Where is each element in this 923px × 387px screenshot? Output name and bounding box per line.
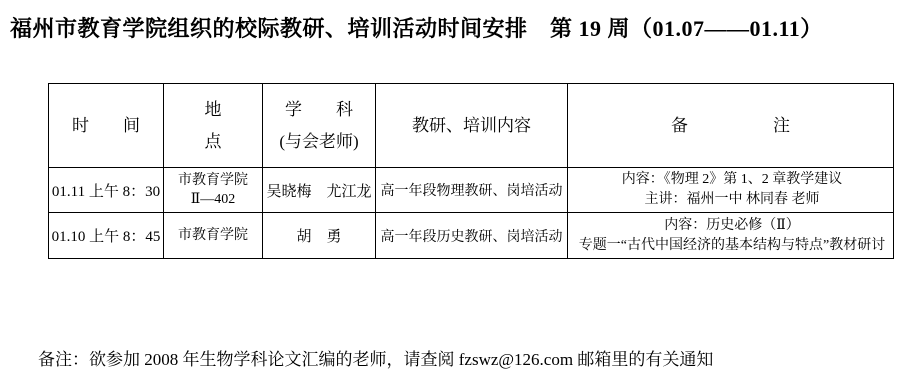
header-subject-label-line2: (与会老师) [263, 126, 375, 158]
header-subject-label-line1: 学 科 [263, 94, 375, 126]
row1-location-line2: Ⅱ—402 [164, 190, 262, 209]
table-row: 01.10 上午 8：45 市教育学院 胡 勇 高一年段历史教研、岗培活动 内容… [49, 213, 894, 259]
row1-time-cell: 01.11 上午 8：30 [49, 168, 164, 213]
row1-location-line1: 市教育学院 [164, 171, 262, 190]
header-location-cell: 地 点 [164, 84, 263, 168]
table-row: 01.11 上午 8：30 市教育学院 Ⅱ—402 吴晓梅 尤江龙 高一年段物理… [49, 168, 894, 213]
schedule-table: 时 间 地 点 学 科 (与会老师) 教研、培训内容 备 注 01.11 上午 … [48, 83, 894, 259]
header-time-label: 时 间 [49, 110, 163, 142]
header-remarks-cell: 备 注 [568, 84, 894, 168]
page-title: 福州市教育学院组织的校际教研、培训活动时间安排 第 19 周（01.07——01… [10, 12, 823, 43]
row2-location-line1: 市教育学院 [164, 226, 262, 245]
header-content-label: 教研、培训内容 [376, 110, 567, 142]
header-time-cell: 时 间 [49, 84, 164, 168]
row2-remarks-line1: 内容：历史必修（Ⅱ） [575, 216, 889, 236]
footer-note: 备注：欲参加 2008 年生物学科论文汇编的老师，请查阅 fzswz@126.c… [38, 345, 713, 370]
row1-location-cell: 市教育学院 Ⅱ—402 [164, 168, 263, 213]
header-remarks-label: 备 注 [568, 110, 893, 142]
header-location-label-line1: 地 [164, 94, 262, 126]
header-location-label-line2: 点 [164, 126, 262, 158]
row1-content-cell: 高一年段物理教研、岗培活动 [376, 168, 568, 213]
header-subject-cell: 学 科 (与会老师) [263, 84, 376, 168]
table-header-row: 时 间 地 点 学 科 (与会老师) 教研、培训内容 备 注 [49, 84, 894, 168]
row1-remarks-line2: 主讲：福州一中 林同春 老师 [575, 190, 889, 210]
row2-time-cell: 01.10 上午 8：45 [49, 213, 164, 259]
row1-teachers-cell: 吴晓梅 尤江龙 [263, 168, 376, 213]
row2-remarks-line2: 专题一“古代中国经济的基本结构与特点”教材研讨 [575, 236, 889, 256]
row2-teachers-cell: 胡 勇 [263, 213, 376, 259]
row1-remarks-cell: 内容：《物理 2》第 1、2 章教学建议 主讲：福州一中 林同春 老师 [568, 168, 894, 213]
row1-remarks-line1: 内容：《物理 2》第 1、2 章教学建议 [575, 170, 889, 190]
row2-content-cell: 高一年段历史教研、岗培活动 [376, 213, 568, 259]
row2-location-cell: 市教育学院 [164, 213, 263, 259]
row2-remarks-cell: 内容：历史必修（Ⅱ） 专题一“古代中国经济的基本结构与特点”教材研讨 [568, 213, 894, 259]
header-content-cell: 教研、培训内容 [376, 84, 568, 168]
